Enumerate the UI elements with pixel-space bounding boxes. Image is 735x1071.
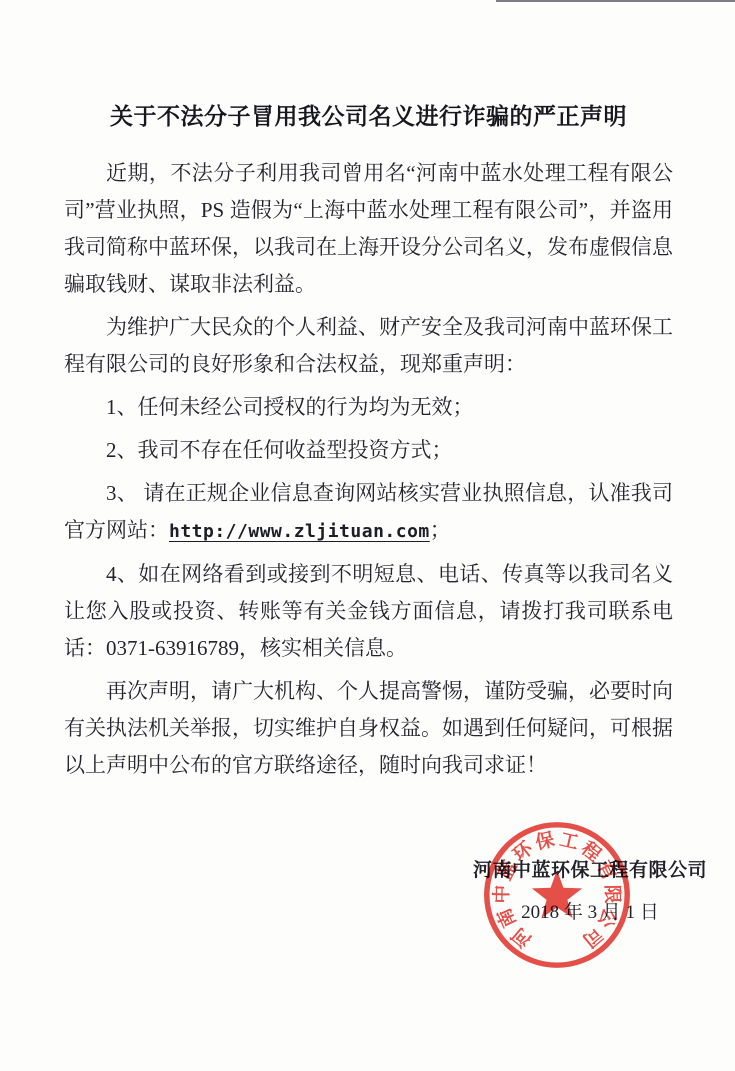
list-item-3: 3、 请在正规企业信息查询网站核实营业执照信息，认准我司官方网站：http://… (64, 475, 673, 550)
paragraph-intro: 近期，不法分子利用我司曾用名“河南中蓝水处理工程有限公司”营业执照，PS 造假为… (64, 155, 673, 303)
seal-character: 河 (508, 923, 536, 951)
seal-character: 司 (578, 923, 606, 951)
signature-block: 河南中蓝环保工程有限公司 2018 年 3 月 1 日 (473, 858, 707, 926)
paragraph-closing: 再次声明，请广大机构、个人提高警惕，谨防受骗，必要时向有关执法机关举报，切实维护… (64, 673, 673, 784)
list-item-4: 4、如在网络看到或接到不明短息、电话、传真等以我司名义让您入股或投资、转账等有关… (64, 556, 673, 667)
official-website-link[interactable]: http://www.zljituan.com (169, 521, 430, 542)
seal-character: 工 (558, 829, 581, 854)
signature-date: 2018 年 3 月 1 日 (473, 900, 707, 926)
paragraph-declaration: 为维护广大民众的个人利益、财产安全及我司河南中蓝环保工程有限公司的良好形象和合法… (64, 309, 673, 383)
document-body: 关于不法分子冒用我公司名义进行诈骗的严正声明 近期，不法分子利用我司曾用名“河南… (64, 0, 673, 790)
seal-character: 保 (533, 828, 556, 854)
page-title: 关于不法分子冒用我公司名义进行诈骗的严正声明 (64, 101, 673, 131)
list-item-1: 1、任何未经公司授权的行为均为无效； (64, 389, 673, 426)
list-item-3-suffix: ； (430, 518, 451, 542)
scanned-document-page: 关于不法分子冒用我公司名义进行诈骗的严正声明 近期，不法分子利用我司曾用名“河南… (0, 0, 735, 1071)
signature-company-name: 河南中蓝环保工程有限公司 (473, 858, 707, 884)
list-item-2: 2、我司不存在任何收益型投资方式； (64, 432, 673, 469)
